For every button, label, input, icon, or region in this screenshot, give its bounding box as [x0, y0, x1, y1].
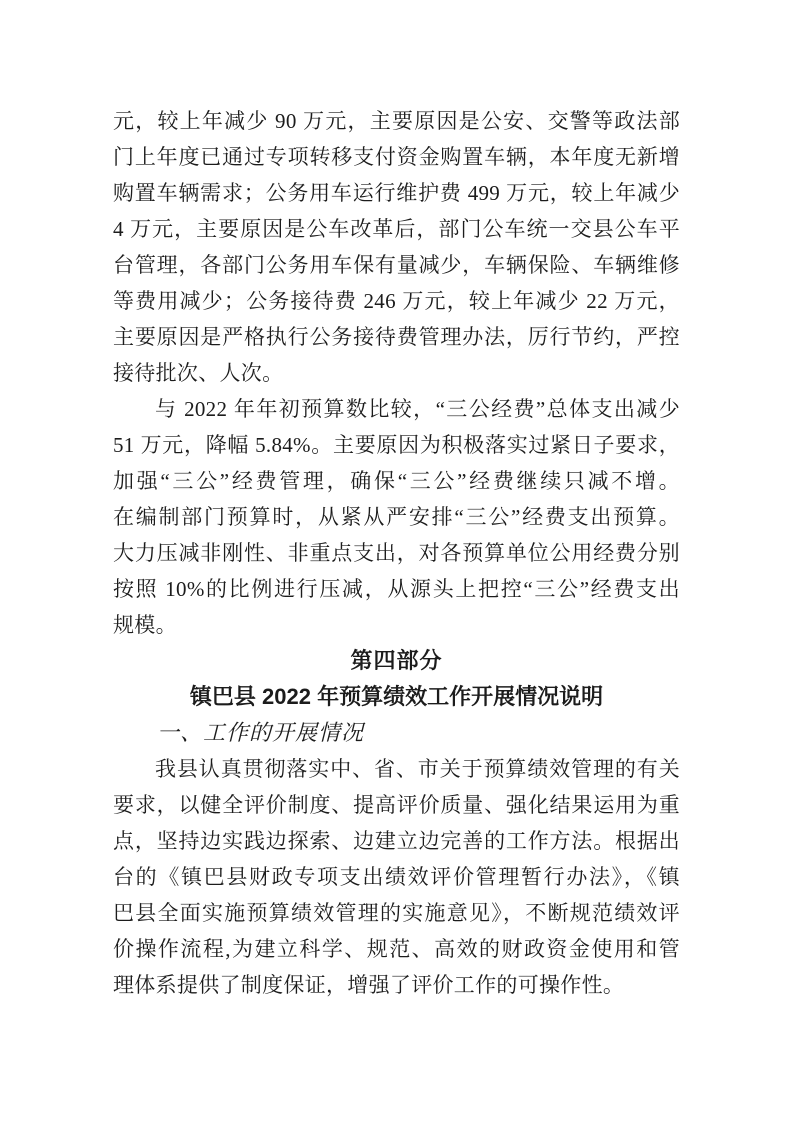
paragraph-sangong-comparison: 与 2022 年年初预算数比较，“三公经费”总体支出减少51 万元，降幅 5.8…: [113, 391, 680, 643]
paragraph-performance-intro: 我县认真贯彻落实中、省、市关于预算绩效管理的有关要求，以健全评价制度、提高评价质…: [113, 751, 680, 1003]
text-line: 在编制部门预算时，从紧从严安排“三公”经费支出预算。: [113, 499, 680, 535]
text-line: 巴县全面实施预算绩效管理的实施意见》，不断规范绩效评: [113, 895, 680, 931]
text-line: 门上年度已通过专项转移支付资金购置车辆，本年度无新增: [113, 139, 680, 175]
text-line: 4 万元，主要原因是公车改革后，部门公车统一交县公车平: [113, 211, 680, 247]
text-line: 等费用减少；公务接待费 246 万元，较上年减少 22 万元，: [113, 283, 680, 319]
document-page: 元，较上年减少 90 万元，主要原因是公安、交警等政法部门上年度已通过专项转移支…: [0, 0, 793, 1122]
text-line: 按照 10%的比例进行压减，从源头上把控“三公”经费支出: [113, 571, 680, 607]
text-line: 点，坚持边实践边探索、边建立边完善的工作方法。根据出: [113, 823, 680, 859]
text-line: 大力压减非刚性、非重点支出，对各预算单位公用经费分别: [113, 535, 680, 571]
paragraph-sangong-detail: 元，较上年减少 90 万元，主要原因是公安、交警等政法部门上年度已通过专项转移支…: [113, 103, 680, 391]
text-line: 台的《镇巴县财政专项支出绩效评价管理暂行办法》，《镇: [113, 859, 680, 895]
text-line: 购置车辆需求；公务用车运行维护费 499 万元，较上年减少: [113, 175, 680, 211]
text-line: 我县认真贯彻落实中、省、市关于预算绩效管理的有关: [113, 751, 680, 787]
subsection-heading: 一、工作的开展情况: [113, 715, 680, 751]
text-line: 台管理，各部门公务用车保有量减少，车辆保险、车辆维修: [113, 247, 680, 283]
section-title-heading: 镇巴县 2022 年预算绩效工作开展情况说明: [113, 679, 680, 715]
section-part-heading: 第四部分: [113, 643, 680, 679]
text-line: 51 万元，降幅 5.84%。主要原因为积极落实过紧日子要求，: [113, 427, 680, 463]
text-line: 与 2022 年年初预算数比较，“三公经费”总体支出减少: [113, 391, 680, 427]
text-line: 主要原因是严格执行公务接待费管理办法，厉行节约，严控: [113, 319, 680, 355]
text-line: 加强“三公”经费管理，确保“三公”经费继续只减不增。: [113, 463, 680, 499]
text-line: 元，较上年减少 90 万元，主要原因是公安、交警等政法部: [113, 103, 680, 139]
text-line: 价操作流程,为建立科学、规范、高效的财政资金使用和管: [113, 931, 680, 967]
text-line: 理体系提供了制度保证，增强了评价工作的可操作性。: [113, 967, 680, 1003]
text-line: 要求，以健全评价制度、提高评价质量、强化结果运用为重: [113, 787, 680, 823]
text-line: 接待批次、人次。: [113, 355, 680, 391]
text-line: 规模。: [113, 607, 680, 643]
